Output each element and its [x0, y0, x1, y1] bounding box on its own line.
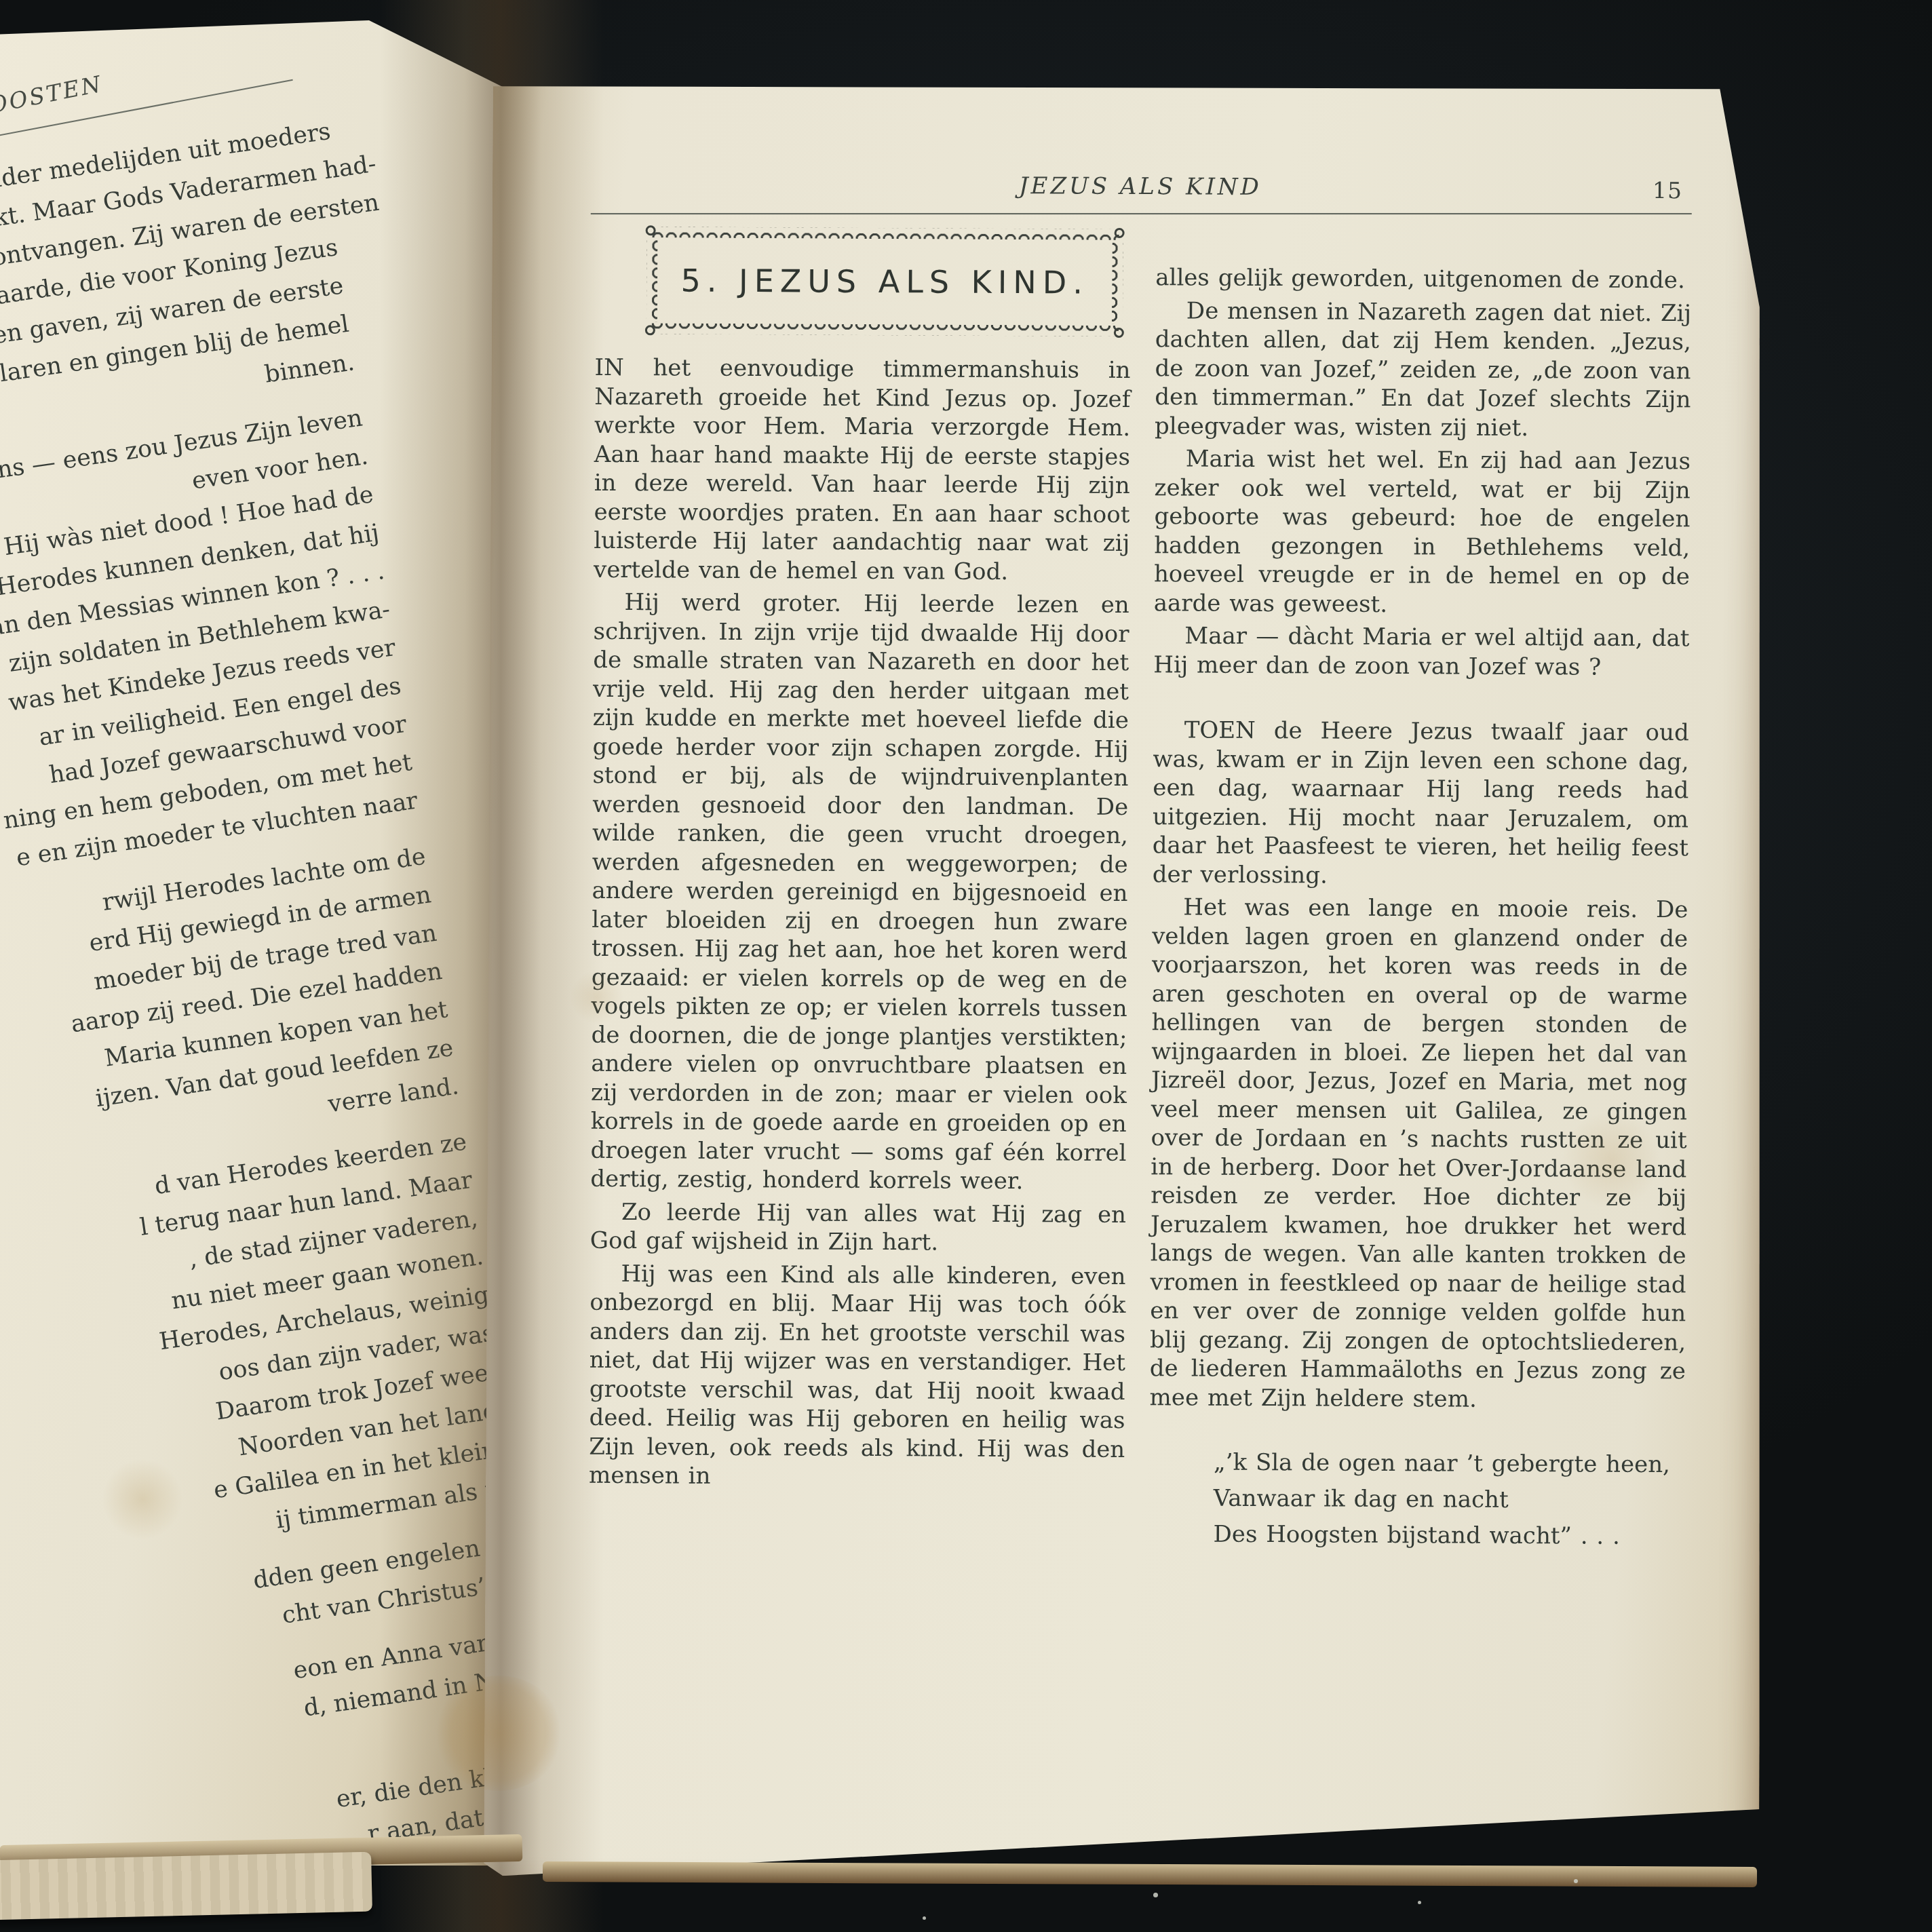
paragraph: Zo leerde Hij van alles wat Hij zag en G…: [590, 1197, 1126, 1258]
dust-speck: [1153, 1893, 1158, 1897]
photo-of-open-book: UIT HET OOSTEN waren zonder medelijden u…: [0, 0, 1932, 1932]
book-cloth-cover-edge: [0, 1852, 372, 1920]
text-column-right-paragraphs: alles gelijk geworden, uitgenomen de zon…: [1150, 263, 1692, 1414]
ornamental-border-left: [646, 239, 658, 322]
right-page: JEZUS ALS KIND 15 5. JEZUS ALS KIND. IN …: [484, 44, 1769, 1882]
paragraph: De mensen in Nazareth zagen dat niet. Zi…: [1155, 296, 1691, 444]
paragraph: Hij werd groter. Hij leerde lezen en sch…: [590, 588, 1129, 1197]
ornament-corner-dot: [646, 225, 656, 235]
header-rule: [591, 213, 1692, 214]
paragraph: TOEN de Heere Jezus twaalf jaar oud was,…: [1153, 716, 1689, 891]
psalm-quote: „’k Sla de ogen naar ’t gebergte heen,Va…: [1148, 1444, 1685, 1555]
dust-speck: [923, 1916, 926, 1920]
chapter-title-box: 5. JEZUS ALS KIND.: [646, 227, 1123, 336]
running-header-row: JEZUS ALS KIND 15: [594, 170, 1686, 207]
page-number: 15: [1653, 177, 1682, 204]
left-page-text: waren zonder medelijden uit moedersarm g…: [0, 114, 565, 1890]
paragraph: alles gelijk geworden, uitgenomen de zon…: [1155, 263, 1691, 295]
ornament-corner-dot: [1115, 228, 1125, 238]
paragraph: Maria wist het wel. En zij had aan Jezus…: [1154, 444, 1690, 620]
running-header-title: JEZUS ALS KIND: [594, 170, 1686, 203]
chapter-title: 5. JEZUS ALS KIND.: [661, 237, 1108, 325]
dust-speck: [1418, 1901, 1421, 1904]
paragraph: Maar — dàcht Maria er wel altijd aan, da…: [1153, 621, 1689, 682]
psalm-quote-line: „’k Sla de ogen naar ’t gebergte heen,: [1214, 1445, 1685, 1484]
text-column-left: IN het eenvoudige timmermanshuis in Naza…: [589, 353, 1131, 1497]
paragraph: IN het eenvoudige timmermanshuis in Naza…: [594, 353, 1131, 587]
left-page: UIT HET OOSTEN waren zonder medelijden u…: [0, 20, 536, 1866]
paragraph: Hij was een Kind als alle kinderen, even…: [589, 1259, 1126, 1492]
ornament-corner-dot: [645, 325, 655, 335]
psalm-quote-line: Des Hoogsten bijstand wacht” . . .: [1213, 1517, 1684, 1556]
ornament-corner-dot: [1114, 328, 1124, 338]
ornamental-border-right: [1112, 241, 1123, 324]
dust-speck: [1574, 1879, 1578, 1883]
paragraph: Het was een lange en mooie reis. De veld…: [1150, 893, 1688, 1414]
right-page-bottom-edge: [543, 1861, 1757, 1887]
text-column-right: alles gelijk geworden, uitgenomen de zon…: [1148, 263, 1691, 1555]
psalm-quote-line: Vanwaar ik dag en nacht: [1214, 1481, 1685, 1520]
